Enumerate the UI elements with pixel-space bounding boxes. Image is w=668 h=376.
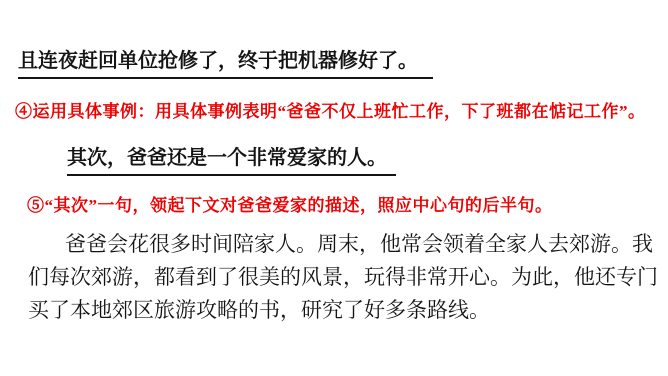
annotation-5-qici-sentence: ⑤“其次”一句，领起下文对爸爸爱家的描述，照应中心句的后半句。 <box>27 194 553 217</box>
paragraph-line: 们每次郊游，都看到了很美的风景，玩得非常开心。为此，他还专门 <box>28 261 656 294</box>
underlined-sentence-machine-repair: 且连夜赶回单位抢修了，终于把机器修好了。 <box>18 49 433 79</box>
annotation-4-concrete-example: ④运用具体事例：用具体事例表明“爸爸不仅上班忙工作，下了班都在惦记工作”。 <box>15 100 646 123</box>
underlined-sentence-loves-family: 其次，爸爸还是一个非常爱家的人。 <box>67 146 396 176</box>
body-paragraph: 爸爸会花很多时间陪家人。周末，他常会领着全家人去郊游。我 们每次郊游，都看到了很… <box>28 228 656 327</box>
paragraph-line: 买了本地郊区旅游攻略的书，研究了好多条路线。 <box>28 294 656 327</box>
slide-page: 且连夜赶回单位抢修了，终于把机器修好了。 ④运用具体事例：用具体事例表明“爸爸不… <box>0 0 668 376</box>
paragraph-line: 爸爸会花很多时间陪家人。周末，他常会领着全家人去郊游。我 <box>28 228 656 261</box>
